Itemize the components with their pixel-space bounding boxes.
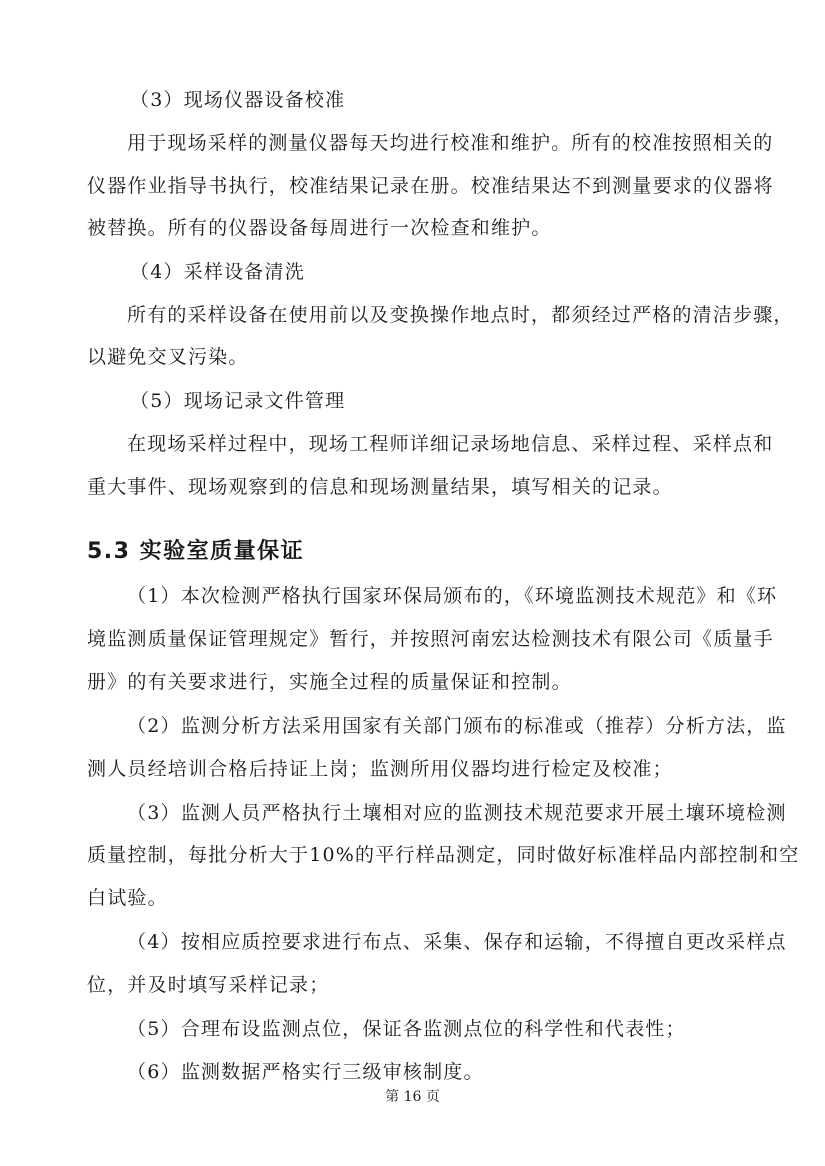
paragraph-line: 质量控制，每批分析大于10%的平行样品测定，同时做好标准样品内部控制和空	[87, 843, 747, 867]
subheading-instrument-calibration: （3）现场仪器设备校准	[130, 88, 790, 112]
paragraph-line: 重大事件、现场观察到的信息和现场测量结果，填写相关的记录。	[87, 475, 747, 499]
paragraph-line: 位，并及时填写采样记录；	[87, 973, 747, 997]
paragraph-line: 仪器作业指导书执行，校准结果记录在册。校准结果达不到测量要求的仪器将	[87, 174, 747, 198]
paragraph-line: （3）监测人员严格执行土壤相对应的监测技术规范要求开展土壤环境检测	[127, 801, 747, 825]
paragraph-line: 境监测质量保证管理规定》暂行，并按照河南宏达检测技术有限公司《质量手	[87, 627, 747, 651]
paragraph-line: 用于现场采样的测量仪器每天均进行校准和维护。所有的校准按照相关的	[127, 131, 747, 155]
subheading-field-records: （5）现场记录文件管理	[130, 389, 790, 413]
subheading-equipment-cleaning: （4）采样设备清洗	[130, 260, 790, 284]
paragraph-line: （4）按相应质控要求进行布点、采集、保存和运输，不得擅自更改采样点	[127, 930, 747, 954]
paragraph-line: （1）本次检测严格执行国家环保局颁布的，《环境监测技术规范》和《环	[127, 584, 747, 608]
paragraph-line: 以避免交叉污染。	[87, 345, 747, 369]
paragraph-line: 白试验。	[87, 886, 747, 910]
section-heading-5-3: 5.3 实验室质量保证	[87, 538, 304, 566]
paragraph-line: 所有的采样设备在使用前以及变换操作地点时，都须经过严格的清洁步骤，	[127, 303, 747, 327]
paragraph-line: （5）合理布设监测点位，保证各监测点位的科学性和代表性；	[127, 1017, 747, 1041]
document-page: （3）现场仪器设备校准 用于现场采样的测量仪器每天均进行校准和维护。所有的校准按…	[0, 0, 825, 1166]
paragraph-line: （6）监测数据严格实行三级审核制度。	[127, 1060, 747, 1084]
paragraph-line: 在现场采样过程中，现场工程师详细记录场地信息、采样过程、采样点和	[127, 432, 747, 456]
paragraph-line: 册》的有关要求进行，实施全过程的质量保证和控制。	[87, 670, 747, 694]
paragraph-line: （2）监测分析方法采用国家有关部门颁布的标准或（推荐）分析方法，监	[127, 714, 747, 738]
paragraph-line: 被替换。所有的仪器设备每周进行一次检查和维护。	[87, 216, 747, 240]
page-number: 第 16 页	[0, 1088, 825, 1106]
paragraph-line: 测人员经培训合格后持证上岗；监测所用仪器均进行检定及校准；	[87, 757, 747, 781]
